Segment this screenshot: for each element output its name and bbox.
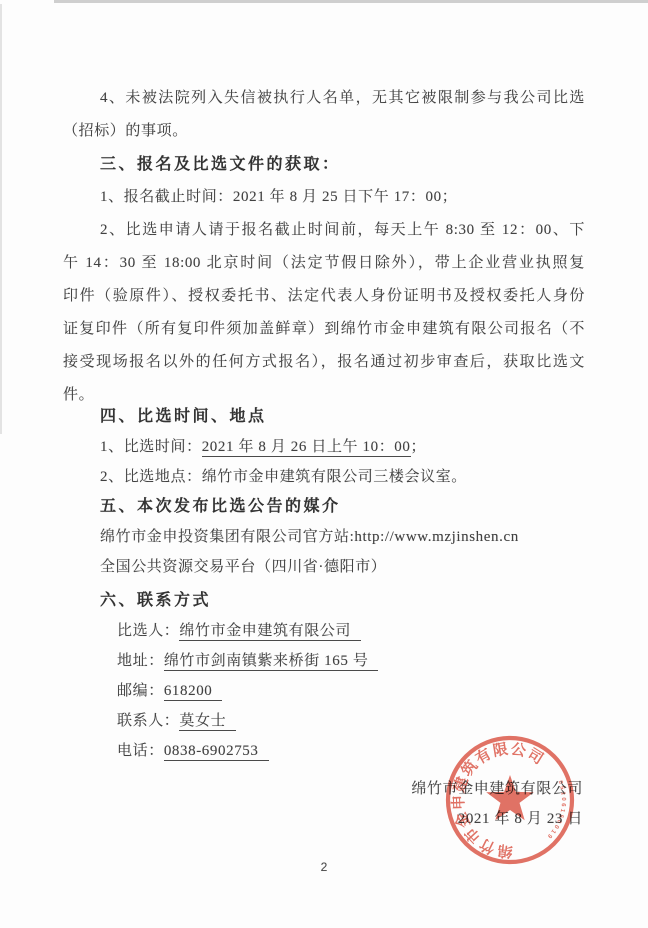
contact-address-label: 地址： xyxy=(117,653,164,669)
contact-address-value: 绵竹市剑南镇紫来桥街 165 号 xyxy=(164,653,379,671)
signature-company: 绵竹市金申建筑有限公司 xyxy=(63,774,585,804)
selection-time-value: 2021 年 8 月 26 日上午 10：00 xyxy=(202,439,411,457)
scan-artifact-top-edge xyxy=(54,0,648,3)
contact-zip-value: 618200 xyxy=(164,683,223,701)
contact-person-label: 联系人： xyxy=(117,713,179,729)
clause2-line1: 2、比选申请人请于报名截止时间前，每天上午 8:30 至 12：00、下 xyxy=(63,214,585,247)
selection-place-line: 2、比选地点：绵竹市金申建筑有限公司三楼会议室。 xyxy=(63,462,585,492)
contact-person-row: 联系人：莫女士 xyxy=(63,706,585,736)
selection-time-label: 1、比选时间： xyxy=(100,439,202,455)
contact-phone-label: 电话： xyxy=(117,743,164,759)
contact-phone-value: 0838-6902753 xyxy=(164,743,269,761)
contact-bidder-value: 绵竹市金申建筑有限公司 xyxy=(179,623,361,641)
contact-bidder-row: 比选人：绵竹市金申建筑有限公司 xyxy=(63,616,585,646)
selection-time-line: 1、比选时间：2021 年 8 月 26 日上午 10：00； xyxy=(63,432,585,462)
media-line1: 绵竹市金申投资集团有限公司官方站:http://www.mzjinshen.cn xyxy=(63,522,585,552)
contact-person-value: 莫女士 xyxy=(179,713,236,731)
section6-heading: 六、联系方式 xyxy=(63,586,585,616)
contact-bidder-label: 比选人： xyxy=(117,623,179,639)
clause2-line5: 接受现场报名以外的任何方式报名），报名通过初步审查后，获取比选文 xyxy=(63,346,585,379)
document-content: 4、未被法院列入失信被执行人名单，无其它被限制参与我公司比选 （招标）的事项。 … xyxy=(63,82,585,874)
scan-artifact-left-edge xyxy=(0,4,2,434)
signature-block: 绵竹市金申建筑有限公司 2021 年 8 月 23 日 xyxy=(63,774,585,834)
contact-zip-row: 邮编：618200 xyxy=(63,676,585,706)
section4-heading: 四、比选时间、地点 xyxy=(63,402,585,432)
signup-deadline-line: 1、报名截止时间：2021 年 8 月 25 日下午 17：00； xyxy=(63,181,585,214)
clause4-line1: 4、未被法院列入失信被执行人名单，无其它被限制参与我公司比选 xyxy=(63,82,585,115)
media-line2: 全国公共资源交易平台（四川省·德阳市） xyxy=(63,552,585,582)
section3-heading: 三、报名及比选文件的获取： xyxy=(63,148,585,181)
clause2-line2: 午 14：30 至 18:00 北京时间（法定节假日除外），带上企业营业执照复 xyxy=(63,247,585,280)
clause2-line4: 证复印件（所有复印件须加盖鲜章）到绵竹市金申建筑有限公司报名（不 xyxy=(63,313,585,346)
document-page: 4、未被法院列入失信被执行人名单，无其它被限制参与我公司比选 （招标）的事项。 … xyxy=(0,0,648,928)
contact-address-row: 地址：绵竹市剑南镇紫来桥街 165 号 xyxy=(63,646,585,676)
signature-date: 2021 年 8 月 23 日 xyxy=(63,804,585,834)
clause4-line2: （招标）的事项。 xyxy=(63,115,585,148)
contact-phone-row: 电话：0838-6902753 xyxy=(63,736,585,766)
selection-time-suffix: ； xyxy=(411,439,427,455)
clause2-line3: 印件（验原件）、授权委托书、法定代表人身份证明书及授权委托人身份 xyxy=(63,280,585,313)
section5-heading: 五、本次发布比选公告的媒介 xyxy=(63,492,585,522)
contact-zip-label: 邮编： xyxy=(117,683,164,699)
page-number: 2 xyxy=(63,860,585,874)
